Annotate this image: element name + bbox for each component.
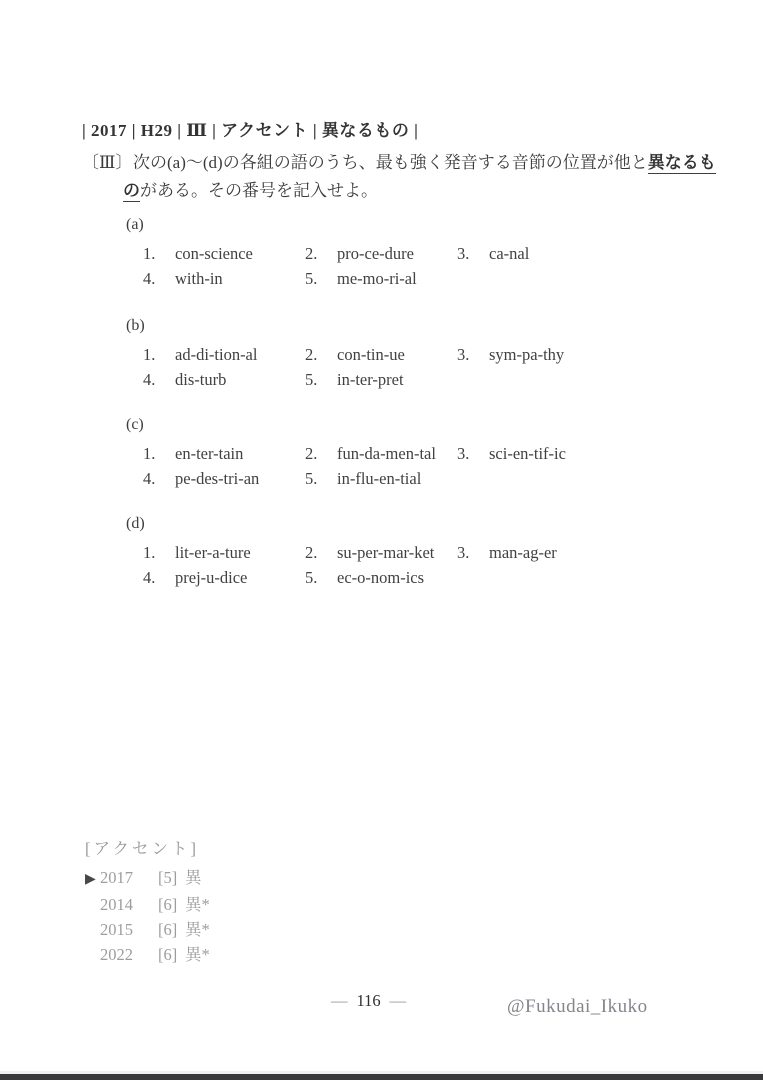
item-word: ca-nal	[489, 244, 529, 263]
word-group-b: (b) 1.ad-di-tion-al 2.con-tin-ue 3.sym-p…	[126, 314, 646, 392]
item-word: sci-en-tif-ic	[489, 444, 566, 463]
reference-row: 2015[6]異*	[85, 917, 210, 942]
group-grid: 1.en-ter-tain 2.fun-da-men-tal 3.sci-en-…	[126, 441, 646, 491]
word-item: 1.ad-di-tion-al	[143, 342, 305, 367]
word-group-d: (d) 1.lit-er-a-ture 2.su-per-mar-ket 3.m…	[126, 512, 646, 590]
item-number: 4.	[143, 367, 175, 392]
group-label: (a)	[126, 213, 646, 237]
item-word: en-ter-tain	[175, 444, 243, 463]
scanned-exam-page: | 2017 | H29 | Ⅲ | アクセント | 異なるもの | 〔Ⅲ〕次の…	[0, 0, 763, 1080]
item-number: 2.	[305, 540, 337, 565]
group-label: (b)	[126, 314, 646, 338]
reference-count: [6]	[158, 942, 185, 967]
word-item: 2.su-per-mar-ket	[305, 540, 457, 565]
item-word: pro-ce-dure	[337, 244, 414, 263]
page-number: —116—	[322, 991, 415, 1011]
word-item: 3.man-ag-er	[457, 540, 646, 565]
accent-reference-list: [アクセント] ▶2017[5]異 2014[6]異* 2015[6]異* 20…	[85, 837, 210, 967]
item-number: 2.	[305, 441, 337, 466]
item-number: 3.	[457, 241, 489, 266]
item-number: 5.	[305, 466, 337, 491]
page-number-value: 116	[357, 991, 381, 1010]
question-line-1: 〔Ⅲ〕次の(a)～(d)の各組の語のうち、最も強く発音する音節の位置が他と異なる…	[82, 149, 716, 177]
word-item: 2.fun-da-men-tal	[305, 441, 457, 466]
reference-title: [アクセント]	[85, 837, 210, 861]
watermark-handle: @Fukudai_Ikuko	[507, 996, 648, 1018]
reference-tag: 異*	[185, 920, 210, 939]
item-number: 3.	[457, 342, 489, 367]
reference-year: 2022	[100, 942, 158, 967]
item-word: prej-u-dice	[175, 568, 247, 587]
item-word: sym-pa-thy	[489, 345, 564, 364]
item-number: 1.	[143, 342, 175, 367]
item-word: su-per-mar-ket	[337, 543, 434, 562]
item-number: 1.	[143, 241, 175, 266]
question-line-2: のがある。その番号を記入せよ。	[123, 177, 716, 205]
word-item: 4.pe-des-tri-an	[143, 466, 305, 491]
reference-row: ▶2017[5]異	[85, 865, 210, 892]
word-item: 4.dis-turb	[143, 367, 305, 392]
reference-tag: 異*	[185, 895, 210, 914]
question-number-label: 〔Ⅲ〕	[82, 149, 133, 177]
question-emphasis: の	[123, 181, 140, 202]
item-number: 4.	[143, 266, 175, 291]
reference-row: 2022[6]異*	[85, 942, 210, 967]
word-item: 5.in-ter-pret	[305, 367, 457, 392]
group-label: (d)	[126, 512, 646, 536]
reference-year: 2015	[100, 917, 158, 942]
word-group-c: (c) 1.en-ter-tain 2.fun-da-men-tal 3.sci…	[126, 413, 646, 491]
item-number: 5.	[305, 565, 337, 590]
reference-count: [6]	[158, 892, 185, 917]
item-number: 3.	[457, 540, 489, 565]
word-item: 2.pro-ce-dure	[305, 241, 457, 266]
item-number: 5.	[305, 367, 337, 392]
scan-edge-dark	[0, 1074, 763, 1080]
item-word: ad-di-tion-al	[175, 345, 257, 364]
item-word: in-ter-pret	[337, 370, 404, 389]
word-item: 3.ca-nal	[457, 241, 646, 266]
question-text: がある。その番号を記入せよ。	[140, 181, 378, 200]
item-number: 4.	[143, 466, 175, 491]
item-word: con-science	[175, 244, 253, 263]
reference-row: 2014[6]異*	[85, 892, 210, 917]
group-grid: 1.con-science 2.pro-ce-dure 3.ca-nal 4.w…	[126, 241, 646, 291]
item-word: fun-da-men-tal	[337, 444, 436, 463]
word-item: 5.in-flu-en-tial	[305, 466, 457, 491]
word-group-a: (a) 1.con-science 2.pro-ce-dure 3.ca-nal…	[126, 213, 646, 291]
item-word: con-tin-ue	[337, 345, 405, 364]
reference-year: 2014	[100, 892, 158, 917]
word-item: 1.con-science	[143, 241, 305, 266]
group-grid: 1.lit-er-a-ture 2.su-per-mar-ket 3.man-a…	[126, 540, 646, 590]
item-number: 2.	[305, 241, 337, 266]
item-number: 1.	[143, 540, 175, 565]
item-word: me-mo-ri-al	[337, 269, 417, 288]
page-number-dash: —	[390, 991, 407, 1010]
word-item: 2.con-tin-ue	[305, 342, 457, 367]
word-item: 3.sym-pa-thy	[457, 342, 646, 367]
reference-year: 2017	[100, 865, 158, 890]
item-word: in-flu-en-tial	[337, 469, 421, 488]
item-number: 5.	[305, 266, 337, 291]
triangle-pointer-icon: ▶	[85, 867, 100, 892]
group-label: (c)	[126, 413, 646, 437]
item-word: pe-des-tri-an	[175, 469, 259, 488]
item-number: 2.	[305, 342, 337, 367]
word-item: 4.with-in	[143, 266, 305, 291]
item-word: dis-turb	[175, 370, 226, 389]
page-number-dash: —	[331, 991, 348, 1010]
item-word: man-ag-er	[489, 543, 557, 562]
reference-tag: 異	[185, 868, 202, 887]
reference-count: [5]	[158, 865, 185, 890]
reference-tag: 異*	[185, 945, 210, 964]
item-number: 1.	[143, 441, 175, 466]
word-item: 1.en-ter-tain	[143, 441, 305, 466]
question-text: 次の(a)～(d)の各組の語のうち、最も強く発音する音節の位置が他と	[133, 153, 648, 172]
exam-header-tag: | 2017 | H29 | Ⅲ | アクセント | 異なるもの |	[82, 116, 418, 141]
item-word: ec-o-nom-ics	[337, 568, 424, 587]
word-item: 3.sci-en-tif-ic	[457, 441, 646, 466]
question-statement: 〔Ⅲ〕次の(a)～(d)の各組の語のうち、最も強く発音する音節の位置が他と異なる…	[82, 149, 716, 205]
group-grid: 1.ad-di-tion-al 2.con-tin-ue 3.sym-pa-th…	[126, 342, 646, 392]
word-item: 5.me-mo-ri-al	[305, 266, 457, 291]
reference-count: [6]	[158, 917, 185, 942]
word-item: 4.prej-u-dice	[143, 565, 305, 590]
item-number: 3.	[457, 441, 489, 466]
item-number: 4.	[143, 565, 175, 590]
question-emphasis: 異なるも	[648, 153, 716, 174]
word-item: 5.ec-o-nom-ics	[305, 565, 457, 590]
item-word: with-in	[175, 269, 223, 288]
item-word: lit-er-a-ture	[175, 543, 251, 562]
word-item: 1.lit-er-a-ture	[143, 540, 305, 565]
